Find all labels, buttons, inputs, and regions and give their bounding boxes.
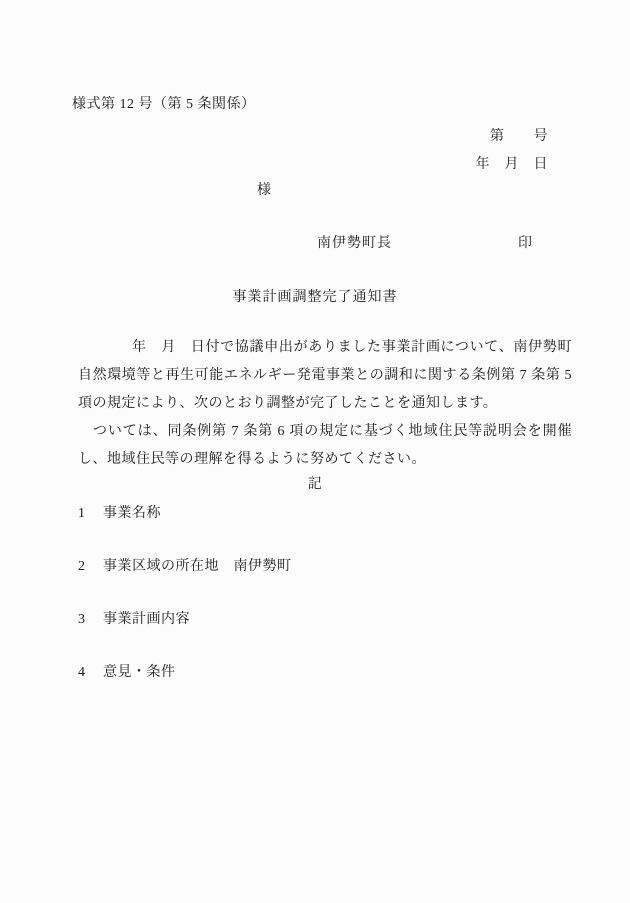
list-item-opinions-conditions: 4 意見・条件	[78, 659, 572, 687]
record-marker: 記	[0, 471, 630, 499]
addressee-line: 様	[257, 181, 272, 201]
seal-mark: 印	[518, 234, 533, 254]
date-line: 年 月 日	[476, 155, 549, 175]
item-label: 事業計画内容	[103, 606, 190, 634]
document-number-line: 第 号	[490, 127, 548, 147]
sender-row: 南伊勢町長 印	[0, 234, 630, 254]
list-item-business-plan: 3 事業計画内容	[78, 606, 572, 634]
list-item-business-name: 1 事業名称	[78, 500, 572, 528]
document-page: 様式第 12 号（第 5 条関係） 第 号 年 月 日 様 南伊勢町長 印 事業…	[0, 0, 630, 903]
item-label: 事業名称	[103, 500, 161, 528]
item-list: 1 事業名称 2 事業区域の所在地 南伊勢町 3 事業計画内容 4 意見・条件	[78, 500, 572, 712]
sender-name: 南伊勢町長	[317, 234, 392, 254]
document-title: 事業計画調整完了通知書	[0, 288, 630, 308]
form-number: 様式第 12 号（第 5 条関係）	[72, 95, 256, 115]
item-label: 事業区域の所在地 南伊勢町	[103, 553, 292, 581]
item-label: 意見・条件	[103, 659, 176, 687]
item-number: 2	[78, 553, 103, 581]
item-number: 3	[78, 606, 103, 634]
body-paragraphs: 年 月 日付で協議申出がありました事業計画について、南伊勢町自然環境等と再生可能…	[78, 334, 572, 474]
list-item-business-area: 2 事業区域の所在地 南伊勢町	[78, 553, 572, 581]
item-number: 4	[78, 659, 103, 687]
paragraph-notification: 年 月 日付で協議申出がありました事業計画について、南伊勢町自然環境等と再生可能…	[78, 334, 572, 418]
paragraph-instruction: ついては、同条例第 7 条第 6 項の規定に基づく地域住民等説明会を開催し、地域…	[78, 418, 572, 474]
item-number: 1	[78, 500, 103, 528]
